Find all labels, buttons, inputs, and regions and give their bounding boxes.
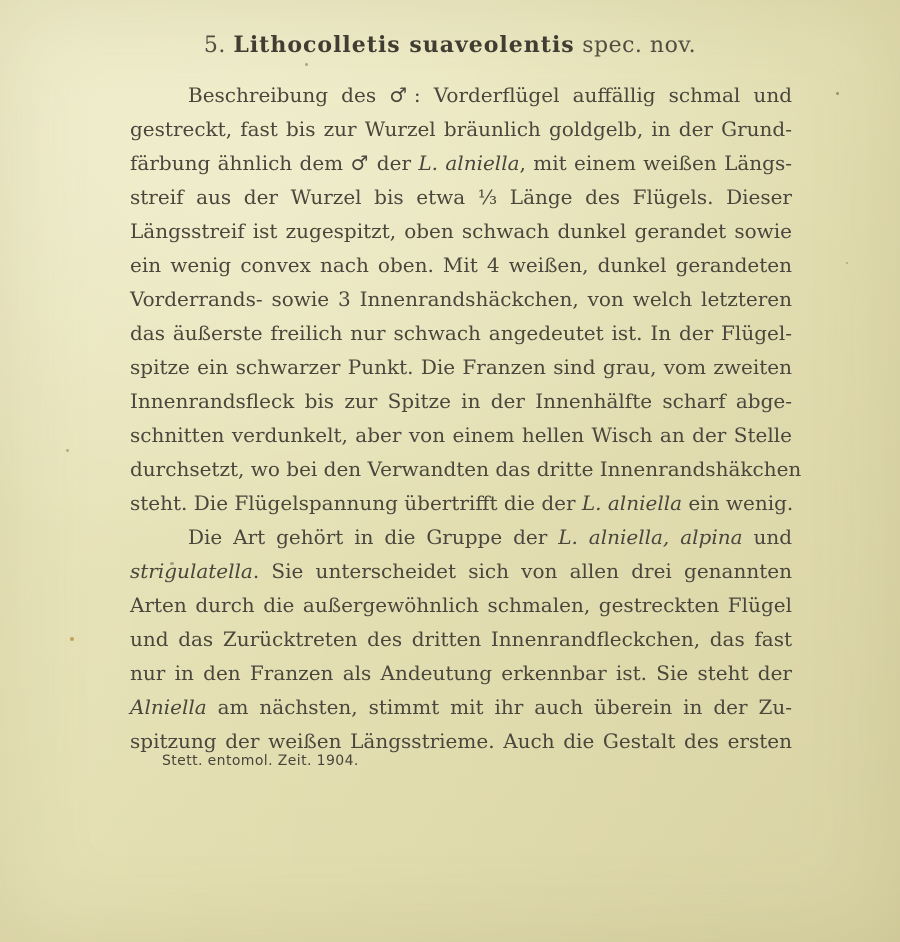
text-line: Innenrandsfleck bis zur Spitze in der In… [130,384,792,418]
paper-speck [305,63,308,66]
text-line: färbung ähnlich dem ♂ der L. alniella, m… [130,146,792,180]
journal-footer-note: Stett. entomol. Zeit. 1904. [162,753,359,769]
text-line: Beschreibung des ♂: Vorderflügel auffäll… [130,78,792,112]
title-segment: spec. nov. [575,33,696,58]
page-title: 5. Lithocolletis suaveolentis spec. nov. [0,32,900,58]
body-text: Beschreibung des ♂: Vorderflügel auffäll… [130,78,792,758]
text-line: spitze ein schwarzer Punkt. Die Franzen … [130,350,792,384]
text-line: das äußerste freilich nur schwach angede… [130,316,792,350]
text-line: ein wenig convex nach oben. Mit 4 weißen… [130,248,792,282]
text-line: und das Zurücktreten des dritten Innenra… [130,622,792,656]
text-line: Vorderrands- sowie 3 Innenrandshäckchen,… [130,282,792,316]
scanned-journal-page: 5. Lithocolletis suaveolentis spec. nov.… [0,0,900,942]
text-line: streif aus der Wurzel bis etwa ¹⁄₃ Länge… [130,180,792,214]
text-line: gestreckt, fast bis zur Wurzel bräunlich… [130,112,792,146]
title-segment: Lithocolletis suaveolentis [233,32,574,58]
paper-speck [836,92,839,95]
text-line: Die Art gehört in die Gruppe der L. alni… [130,520,792,554]
text-line: steht. Die Flügelspannung übertrifft die… [130,486,792,520]
paper-speck [170,562,174,565]
text-line: strigulatella. Sie unterscheidet sich vo… [130,554,792,588]
paper-speck [846,262,848,264]
text-line: durchsetzt, wo bei den Verwandten das dr… [130,452,792,486]
text-line: Alniella am nächsten, stimmt mit ihr auc… [130,690,792,724]
title-segment: 5. [204,33,233,58]
text-line: schnitten verdunkelt, aber von einem hel… [130,418,792,452]
paper-speck [66,449,69,452]
text-line: Längsstreif ist zugespitzt, oben schwach… [130,214,792,248]
text-line: Arten durch die außergewöhnlich schmalen… [130,588,792,622]
paper-speck [70,637,74,641]
text-line: nur in den Franzen als Andeutung erkennb… [130,656,792,690]
